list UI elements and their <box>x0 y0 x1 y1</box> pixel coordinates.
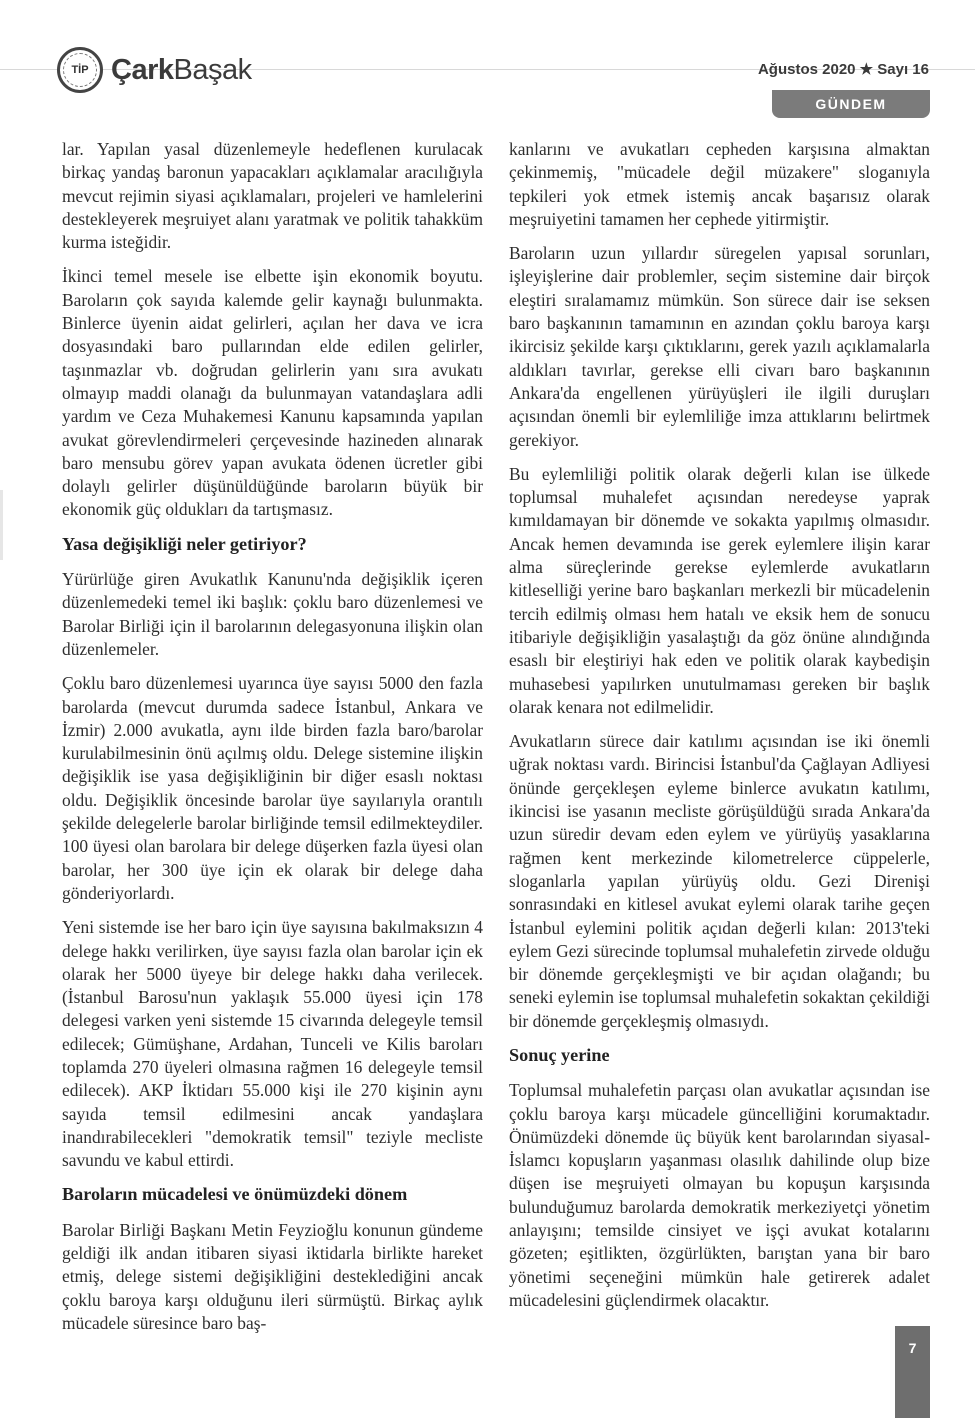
paragraph: Barolar Birliği Başkanı Metin Feyzioğlu … <box>62 1219 483 1335</box>
paragraph: Toplumsal muhalefetin parçası olan avuka… <box>509 1079 930 1312</box>
paragraph: lar. Yapılan yasal düzenlemeyle hedeflen… <box>62 138 483 254</box>
page-number: 7 <box>895 1326 930 1418</box>
paragraph: Baroların uzun yıllardır süregelen yapıs… <box>509 242 930 452</box>
left-column: lar. Yapılan yasal düzenlemeyle hedeflen… <box>62 138 483 1346</box>
logo-bold: Çark <box>111 54 174 86</box>
page-edge-mark <box>0 490 3 560</box>
section-heading: Baroların mücadelesi ve önümüzdeki dönem <box>62 1183 483 1206</box>
paragraph: Yürürlüğe giren Avukatlık Kanunu'nda değ… <box>62 568 483 661</box>
paragraph: kanlarını ve avukatları cepheden karşısı… <box>509 138 930 231</box>
right-column: kanlarını ve avukatları cepheden karşısı… <box>509 138 930 1323</box>
paragraph: Çoklu baro düzenlemesi uyarınca üye sayı… <box>62 672 483 905</box>
logo-wordmark: ÇarkBaşak <box>111 54 252 87</box>
section-heading: Yasa değişikliği neler getiriyor? <box>62 533 483 556</box>
paragraph: Bu eylemliliği politik olarak değerli kı… <box>509 463 930 719</box>
section-tab: GÜNDEM <box>772 90 930 118</box>
publication-logo: TİP ÇarkBaşak <box>57 46 252 94</box>
paragraph: Avukatların sürece dair katılımı açısınd… <box>509 730 930 1033</box>
paragraph: İkinci temel mesele ise elbette işin eko… <box>62 265 483 521</box>
issue-info: Ağustos 2020 ★ Sayı 16 <box>758 60 929 78</box>
tip-emblem-icon: TİP <box>57 47 103 93</box>
paragraph: Yeni sistemde ise her baro için üye sayı… <box>62 916 483 1172</box>
logo-regular: Başak <box>174 54 252 86</box>
emblem-text: TİP <box>71 64 88 76</box>
section-heading: Sonuç yerine <box>509 1044 930 1067</box>
